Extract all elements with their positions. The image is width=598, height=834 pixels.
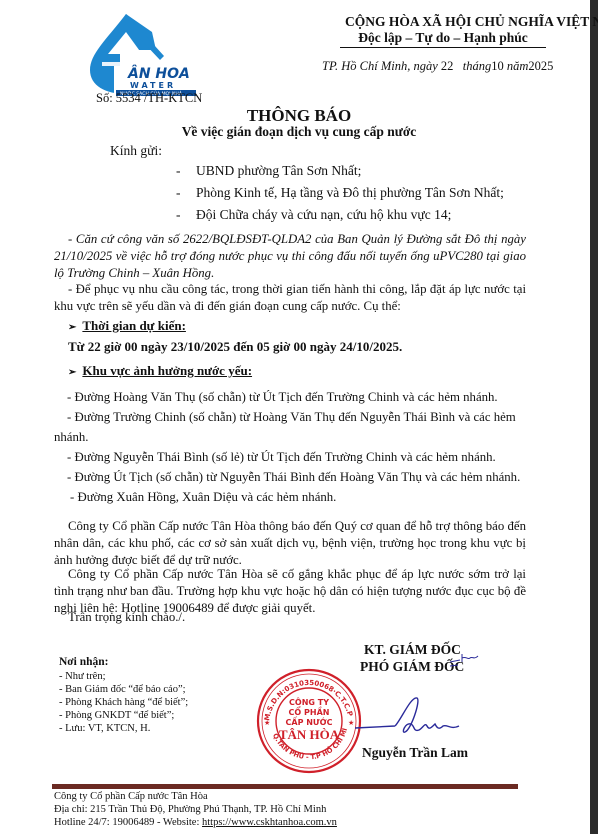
document-subtitle: Về việc gián đoạn dịch vụ cung cấp nước <box>0 124 598 140</box>
document-page: ÂN HOA WATER NƯỚC SẠCH CỦA MỌI NHÀ CỘNG … <box>0 0 590 834</box>
affected-area-item: - Đường Trường Chinh (số chẵn) từ Hoàng … <box>67 410 516 425</box>
affected-area-item: - Đường Xuân Hồng, Xuân Diệu và các hẻm … <box>70 490 336 505</box>
tan-hoa-water-logo-icon: ÂN HOA WATER NƯỚC SẠCH CỦA MỌI NHÀ <box>86 10 198 96</box>
national-motto: Độc lập – Tự do – Hạnh phúc <box>340 30 546 46</box>
dateline-month: 10 <box>491 59 504 73</box>
motto-underline <box>340 47 546 48</box>
footer-hotline: Hotline 24/7: 19006489 - Website: <box>54 817 202 828</box>
footer-company: Công ty Cổ phần Cấp nước Tân Hòa <box>54 791 208 802</box>
affected-area-item: - Đường Hoàng Văn Thụ (số chẵn) từ Út Tị… <box>67 390 498 405</box>
interruption-time: Từ 22 giờ 00 ngày 23/10/2025 đến 05 giờ … <box>68 339 402 355</box>
time-heading: ➢Thời gian dự kiến: <box>68 318 186 334</box>
arrow-bullet-icon: ➢ <box>68 322 76 333</box>
document-number: Số: 5534 /TH-KTCN <box>96 91 202 106</box>
notice-paragraph: Công ty Cổ phần Cấp nước Tân Hòa thông b… <box>54 518 526 568</box>
receiver-item: - Ban Giám đốc “để báo cáo”; <box>59 684 186 695</box>
addressee-label: Kính gửi: <box>110 143 162 159</box>
affected-area-item: nhánh. <box>54 430 88 445</box>
closing-line: Trân trọng kính chào./. <box>68 610 185 625</box>
svg-text:ÂN HOA: ÂN HOA <box>127 65 190 82</box>
company-stamp-icon: M.S.D.N:0310350068·C.T.C.P Q.TÂN PHÚ - T… <box>255 667 363 775</box>
dateline-month-label: tháng <box>463 59 491 73</box>
initials-scribble-icon <box>448 650 488 668</box>
dateline-day: 22 <box>441 59 454 73</box>
dateline-place: TP. Hồ Chí Minh, ngày <box>322 59 438 73</box>
recipient-item: -UBND phường Tân Sơn Nhất; <box>176 163 361 179</box>
arrow-bullet-icon: ➢ <box>68 367 76 378</box>
purpose-paragraph: - Để phục vụ nhu cầu công tác, trong thờ… <box>54 281 526 315</box>
dateline: TP. Hồ Chí Minh, ngày 22 tháng10 năm2025 <box>322 59 553 74</box>
nation-header: CỘNG HÒA XÃ HỘI CHỦ NGHĨA VIỆT NAM <box>345 14 598 30</box>
receiver-item: - Phòng GNKDT “để biết”; <box>59 710 174 721</box>
signer-name: Nguyễn Trần Lam <box>362 745 468 761</box>
footer-divider-bar <box>52 784 518 789</box>
affected-area-item: - Đường Nguyễn Thái Bình (số lẻ) từ Út T… <box>67 450 496 465</box>
svg-text:★: ★ <box>348 719 354 727</box>
commitment-paragraph: Công ty Cổ phần Cấp nước Tân Hòa sẽ cố g… <box>54 566 526 616</box>
recipient-item: -Phòng Kinh tế, Hạ tầng và Đô thị phường… <box>176 185 504 201</box>
receiver-item: - Lưu: VT, KTCN, H. <box>59 723 150 734</box>
document-title: THÔNG BÁO <box>0 106 598 126</box>
svg-text:WATER: WATER <box>130 81 176 90</box>
basis-paragraph: - Căn cứ công văn số 2622/BQLĐSĐT-QLDA2 … <box>54 231 526 281</box>
receiver-item: - Như trên; <box>59 671 106 682</box>
footer-contact: Hotline 24/7: 19006489 - Website: https:… <box>54 817 337 828</box>
affected-area-item: - Đường Út Tịch (số chẵn) từ Nguyễn Thái… <box>67 470 520 485</box>
footer-website-link[interactable]: https://www.cskhtanhoa.com.vn <box>202 817 337 828</box>
handwritten-signature-icon <box>355 690 485 750</box>
footer-address: Địa chỉ: 215 Trần Thủ Độ, Phường Phú Thạ… <box>54 804 326 815</box>
area-heading: ➢Khu vực ảnh hưởng nước yếu: <box>68 363 252 379</box>
receiver-item: - Phòng Khách hàng “để biết”; <box>59 697 188 708</box>
recipient-item: -Đội Chữa cháy và cứu nạn, cứu hộ khu vự… <box>176 207 451 223</box>
dateline-year-label: năm <box>507 59 529 73</box>
svg-text:CÔNG TY: CÔNG TY <box>289 696 329 707</box>
signature-title-1: KT. GIÁM ĐỐC <box>364 642 461 658</box>
receivers-title: Nơi nhận: <box>59 656 109 668</box>
svg-text:TÂN HÒA: TÂN HÒA <box>279 727 340 742</box>
svg-text:★: ★ <box>264 719 270 727</box>
dateline-year: 2025 <box>528 59 553 73</box>
